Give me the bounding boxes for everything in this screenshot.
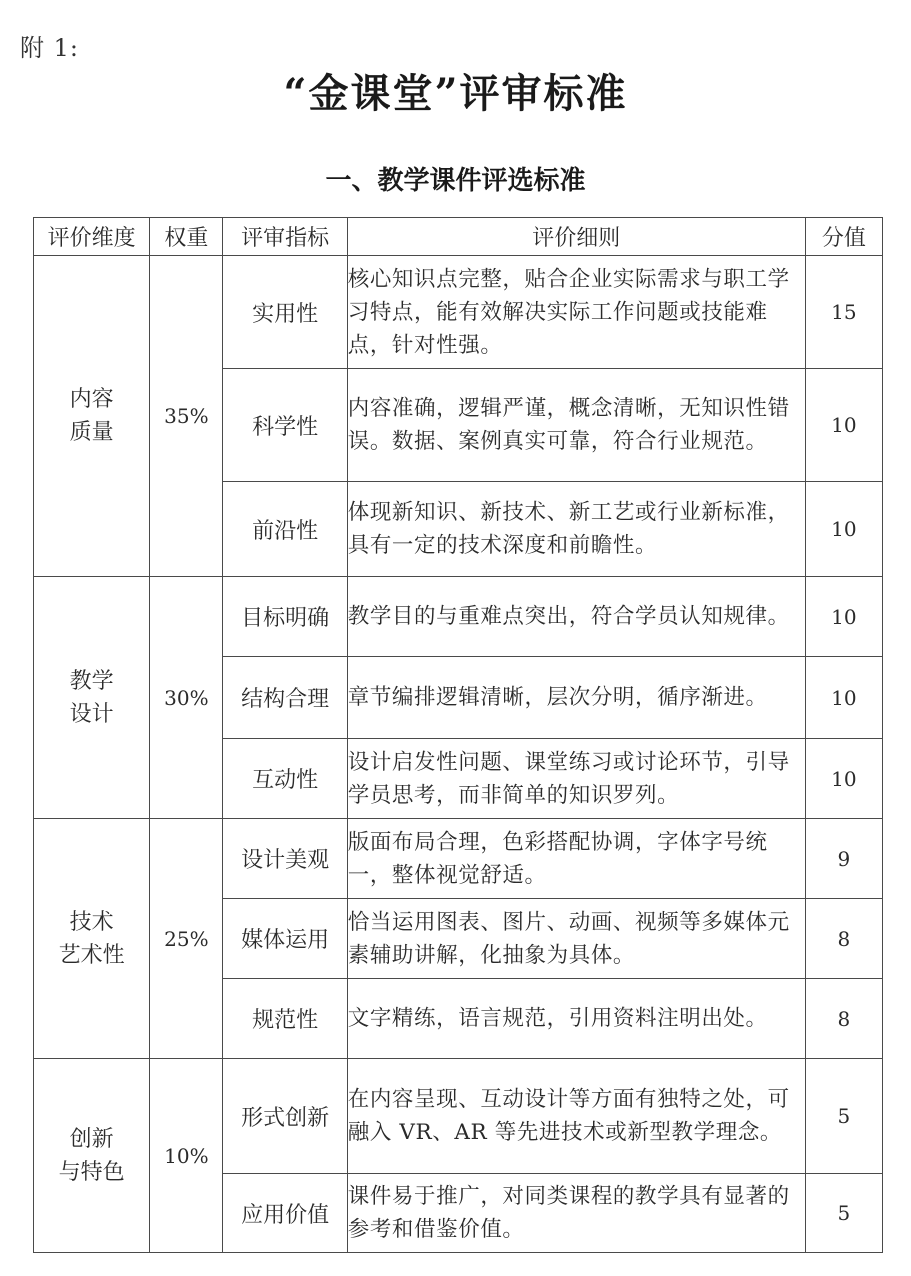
- dimension-line: 质量: [34, 416, 149, 449]
- detail-cell: 教学目的与重难点突出，符合学员认知规律。: [347, 577, 805, 657]
- score-cell: 5: [805, 1059, 882, 1174]
- indicator-cell: 设计美观: [223, 819, 347, 899]
- score-cell: 9: [805, 819, 882, 899]
- header-score: 分值: [805, 218, 882, 256]
- table-row: 内容 质量 35% 实用性 核心知识点完整，贴合企业实际需求与职工学习特点，能有…: [34, 256, 883, 369]
- weight-cell: 30%: [150, 577, 223, 819]
- score-cell: 10: [805, 577, 882, 657]
- table-row: 创新 与特色 10% 形式创新 在内容呈现、互动设计等方面有独特之处，可融入 V…: [34, 1059, 883, 1174]
- table-header-row: 评价维度 权重 评审指标 评价细则 分值: [34, 218, 883, 256]
- indicator-cell: 应用价值: [223, 1174, 347, 1253]
- detail-cell: 核心知识点完整，贴合企业实际需求与职工学习特点，能有效解决实际工作问题或技能难点…: [347, 256, 805, 369]
- header-weight: 权重: [150, 218, 223, 256]
- score-cell: 10: [805, 482, 882, 577]
- score-cell: 5: [805, 1174, 882, 1253]
- indicator-cell: 结构合理: [223, 657, 347, 739]
- header-indicator: 评审指标: [223, 218, 347, 256]
- detail-cell: 版面布局合理，色彩搭配协调，字体字号统一，整体视觉舒适。: [347, 819, 805, 899]
- dimension-line: 教学: [34, 665, 149, 698]
- criteria-table: 评价维度 权重 评审指标 评价细则 分值 内容 质量 35% 实用性 核心知识点…: [33, 217, 883, 1253]
- score-cell: 10: [805, 739, 882, 819]
- detail-cell: 文字精练，语言规范，引用资料注明出处。: [347, 979, 805, 1059]
- score-cell: 10: [805, 369, 882, 482]
- detail-cell: 课件易于推广，对同类课程的教学具有显著的参考和借鉴价值。: [347, 1174, 805, 1253]
- indicator-cell: 形式创新: [223, 1059, 347, 1174]
- header-dimension: 评价维度: [34, 218, 150, 256]
- table-row: 教学 设计 30% 目标明确 教学目的与重难点突出，符合学员认知规律。 10: [34, 577, 883, 657]
- detail-cell: 设计启发性问题、课堂练习或讨论环节，引导学员思考，而非简单的知识罗列。: [347, 739, 805, 819]
- dimension-line: 设计: [34, 698, 149, 731]
- score-cell: 8: [805, 979, 882, 1059]
- annex-label: 附 1:: [20, 28, 79, 63]
- indicator-cell: 科学性: [223, 369, 347, 482]
- detail-cell: 内容准确，逻辑严谨，概念清晰，无知识性错误。数据、案例真实可靠，符合行业规范。: [347, 369, 805, 482]
- detail-cell: 在内容呈现、互动设计等方面有独特之处，可融入 VR、AR 等先进技术或新型教学理…: [347, 1059, 805, 1174]
- indicator-cell: 互动性: [223, 739, 347, 819]
- section-heading: 一、教学课件评选标准: [0, 160, 911, 197]
- weight-cell: 35%: [150, 256, 223, 577]
- weight-cell: 10%: [150, 1059, 223, 1253]
- dimension-line: 内容: [34, 383, 149, 416]
- dimension-cell: 教学 设计: [34, 577, 150, 819]
- score-cell: 8: [805, 899, 882, 979]
- dimension-cell: 创新 与特色: [34, 1059, 150, 1253]
- page-title: “金课堂”评审标准: [0, 62, 911, 119]
- dimension-line: 与特色: [34, 1156, 149, 1189]
- dimension-line: 技术: [34, 906, 149, 939]
- detail-cell: 体现新知识、新技术、新工艺或行业新标准，具有一定的技术深度和前瞻性。: [347, 482, 805, 577]
- detail-cell: 章节编排逻辑清晰，层次分明，循序渐进。: [347, 657, 805, 739]
- dimension-cell: 技术 艺术性: [34, 819, 150, 1059]
- score-cell: 10: [805, 657, 882, 739]
- indicator-cell: 实用性: [223, 256, 347, 369]
- weight-cell: 25%: [150, 819, 223, 1059]
- dimension-line: 创新: [34, 1123, 149, 1156]
- table-row: 技术 艺术性 25% 设计美观 版面布局合理，色彩搭配协调，字体字号统一，整体视…: [34, 819, 883, 899]
- score-cell: 15: [805, 256, 882, 369]
- indicator-cell: 媒体运用: [223, 899, 347, 979]
- header-detail: 评价细则: [347, 218, 805, 256]
- detail-cell: 恰当运用图表、图片、动画、视频等多媒体元素辅助讲解，化抽象为具体。: [347, 899, 805, 979]
- indicator-cell: 目标明确: [223, 577, 347, 657]
- dimension-cell: 内容 质量: [34, 256, 150, 577]
- dimension-line: 艺术性: [34, 939, 149, 972]
- indicator-cell: 规范性: [223, 979, 347, 1059]
- indicator-cell: 前沿性: [223, 482, 347, 577]
